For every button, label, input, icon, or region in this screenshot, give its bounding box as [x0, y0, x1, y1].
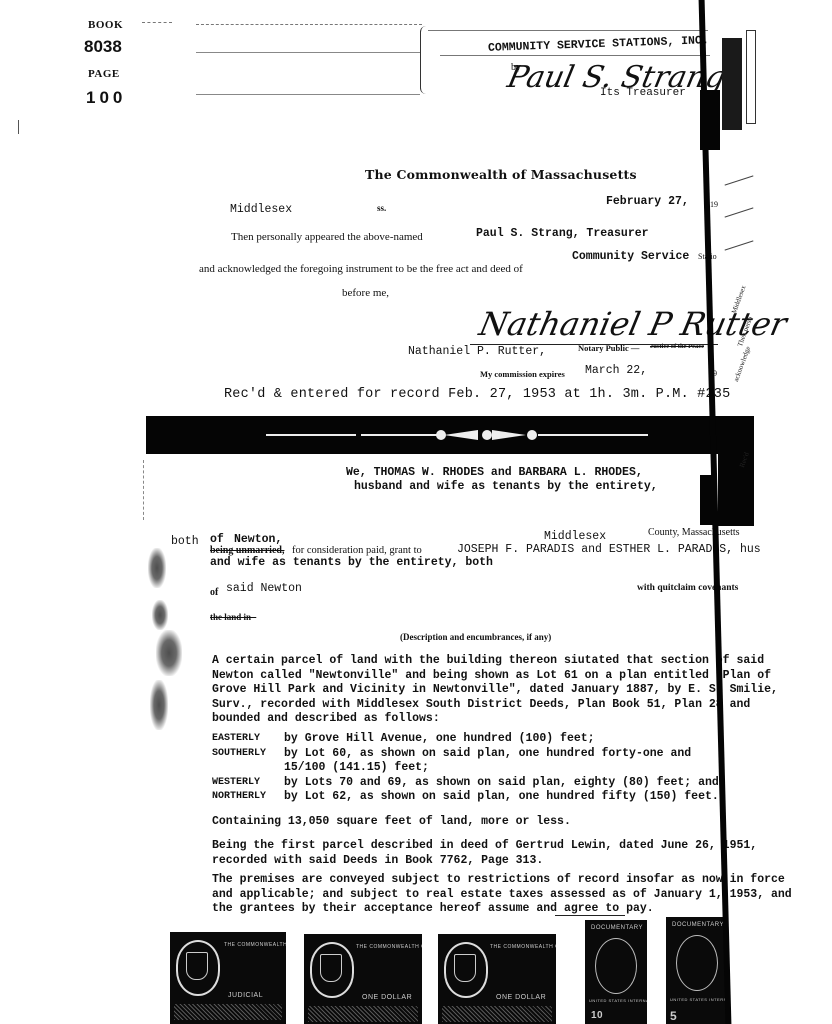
stamp-title: DOCUMENTARY: [591, 925, 643, 931]
county-label: County, Massachusetts: [648, 527, 740, 538]
bound-text: by Lot 62, as shown on said plan, one hu…: [284, 790, 719, 805]
margin-fragment: acknowledge: [732, 345, 752, 382]
ack-ss: ss.: [377, 203, 386, 213]
stamp-title: DOCUMENTARY: [672, 922, 724, 928]
stamp-value: 5: [670, 1009, 677, 1023]
ack-date: February 27,: [606, 195, 689, 208]
scan-smudge: [156, 630, 182, 676]
signer-title: Its Treasurer: [600, 87, 686, 99]
margin-tick: [143, 460, 145, 520]
page-edge-blot: [700, 90, 720, 150]
being-paragraph: Being the first parcel described in deed…: [212, 839, 757, 868]
ornament-line: [538, 434, 648, 436]
underline-mark: [555, 915, 625, 916]
stamp-hatch: [442, 1006, 552, 1022]
struck-land-in: the land in -: [210, 612, 256, 622]
ornament-line: [266, 434, 356, 436]
stamp-label: UNITED STATES INTERNAL REVENUE: [589, 998, 647, 1003]
bound-direction: NORTHERLY: [212, 790, 284, 805]
ornament-arrow-left: [444, 430, 478, 440]
company-name: COMMUNITY SERVICE STATIONS, INC.: [488, 34, 709, 55]
bound-direction: SOUTHERLY: [212, 747, 284, 762]
appeared-name: Paul S. Strang, Treasurer: [476, 227, 649, 240]
portrait-icon: [676, 935, 718, 991]
bound-direction: WESTERLY: [212, 776, 284, 791]
state-tax-stamp: THE COMMONWEALTH OF MASSACHUSETTS JUDICI…: [170, 932, 286, 1024]
bound-direction: [212, 761, 284, 776]
bound-direction: EASTERLY: [212, 732, 284, 747]
of-label-2: of: [210, 587, 218, 598]
stamp-hatch: [174, 1004, 282, 1020]
stamp-label: ONE DOLLAR: [496, 994, 546, 1001]
ornament-dot: [482, 430, 492, 440]
description-line: Newton called "Newtonville" and being sh…: [212, 669, 778, 684]
shield-icon: [186, 952, 208, 980]
margin-tick: [18, 120, 19, 134]
acknowledged-label: and acknowledged the foregoing instrumen…: [199, 263, 523, 275]
witness-line: [196, 94, 420, 95]
appeared-label: Then personally appeared the above-named: [231, 231, 423, 243]
stamp-title: THE COMMONWEALTH OF MASSACHUSETTS: [224, 942, 286, 948]
scan-artifact-line: [142, 22, 172, 23]
before-me: before me,: [342, 287, 389, 299]
deed-county: Middlesex: [544, 530, 606, 543]
being-line: Being the first parcel described in deed…: [212, 839, 757, 854]
adjacent-stamp-outline: [746, 30, 756, 124]
bound-row: SOUTHERLY by Lot 60, as shown on said pl…: [212, 747, 719, 762]
both-label: both: [171, 535, 199, 548]
signature-line: [440, 55, 710, 56]
bounds-table: EASTERLY by Grove Hill Avenue, one hundr…: [212, 732, 719, 805]
grantee-residence: said Newton: [226, 582, 302, 595]
covenant: with quitclaim covenants: [637, 583, 738, 593]
notary-title-struck: Justice of the Peace: [650, 343, 704, 350]
ornament-arrow-right: [492, 430, 526, 440]
witness-line: [196, 52, 420, 53]
page-number: 100: [86, 88, 126, 108]
brace: [420, 26, 427, 94]
ack-county: Middlesex: [230, 203, 292, 216]
book-number: 8038: [84, 37, 122, 57]
acknowledged-entity: Community Service: [572, 250, 689, 263]
page-edge-blot: [718, 416, 754, 526]
commonwealth-heading: The Commonwealth of Massachusetts: [365, 167, 637, 182]
stamp-label: JUDICIAL: [228, 992, 263, 999]
bound-row: EASTERLY by Grove Hill Avenue, one hundr…: [212, 732, 719, 747]
bound-row: WESTERLY by Lots 70 and 69, as shown on …: [212, 776, 719, 791]
shield-icon: [454, 954, 476, 982]
description-line: bounded and described as follows:: [212, 712, 778, 727]
state-tax-stamp: THE COMMONWEALTH OF MASSACHUSETTS ONE DO…: [304, 934, 422, 1024]
page-divider-band: [146, 416, 730, 454]
bound-row: NORTHERLY by Lot 62, as shown on said pl…: [212, 790, 719, 805]
bound-text: 15/100 (141.15) feet;: [284, 761, 429, 776]
struck-unmarried: being unmarried,: [210, 545, 284, 556]
book-label: BOOK: [88, 19, 123, 31]
adjacent-stamp: [722, 38, 742, 130]
consideration-text: for consideration paid, grant to: [292, 545, 422, 556]
bound-text: by Grove Hill Avenue, one hundred (100) …: [284, 732, 595, 747]
shield-icon: [320, 954, 342, 982]
scan-smudge: [150, 680, 168, 730]
premises-line: The premises are conveyed subject to res…: [212, 873, 792, 888]
stamp-title: THE COMMONWEALTH OF MASSACHUSETTS: [356, 944, 422, 950]
page-label: PAGE: [88, 68, 120, 80]
description-line: Surv., recorded with Middlesex South Dis…: [212, 698, 778, 713]
premises-line: the grantees by their acceptance hereof …: [212, 902, 792, 917]
stamp-label: ONE DOLLAR: [362, 994, 412, 1001]
stamp-hatch: [308, 1006, 418, 1022]
state-tax-stamp: THE COMMONWEALTH OF MASSACHUSETTS ONE DO…: [438, 934, 556, 1024]
page-edge-blot: [700, 475, 716, 525]
description-heading: (Description and encumbrances, if any): [400, 632, 551, 642]
portrait-icon: [595, 938, 637, 994]
notary-title: Notary Public —: [578, 343, 639, 353]
containing-area: Containing 13,050 square feet of land, m…: [212, 815, 571, 830]
scan-smudge: [152, 600, 168, 630]
bound-text: by Lots 70 and 69, as shown on said plan…: [284, 776, 719, 791]
ornament-line: [361, 434, 441, 436]
bound-text: by Lot 60, as shown on said plan, one hu…: [284, 747, 691, 762]
grantors-line-2: husband and wife as tenants by the entir…: [354, 480, 658, 495]
premises-line: and applicable; and subject to real esta…: [212, 888, 792, 903]
stamp-label: UNITED STATES INTERNAL REVENUE: [670, 997, 728, 1002]
commission-label: My commission expires: [480, 369, 565, 379]
description-paragraph: A certain parcel of land with the buildi…: [212, 654, 778, 727]
grantors-line-1: We, THOMAS W. RHODES and BARBARA L. RHOD…: [346, 466, 643, 481]
scan-smudge: [148, 548, 166, 588]
bound-row: 15/100 (141.15) feet;: [212, 761, 719, 776]
adjacent-line: [725, 240, 754, 250]
stamp-title: THE COMMONWEALTH OF MASSACHUSETTS: [490, 944, 556, 950]
federal-revenue-stamp: DOCUMENTARY UNITED STATES INTERNAL REVEN…: [585, 920, 647, 1024]
description-line: Grove Hill Park and Vicinity in Newtonvi…: [212, 683, 778, 698]
scan-artifact-line: [196, 24, 422, 25]
grantees-line-2: and wife as tenants by the entirety, bot…: [210, 556, 493, 571]
notary-name: Nathaniel P. Rutter,: [408, 345, 546, 358]
premises-paragraph: The premises are conveyed subject to res…: [212, 873, 792, 917]
ack-year-fragment: 19: [710, 200, 718, 209]
adjacent-line: [725, 175, 754, 185]
signature-line-top: [428, 30, 708, 31]
description-line: A certain parcel of land with the buildi…: [212, 654, 778, 669]
federal-revenue-stamp: DOCUMENTARY UNITED STATES INTERNAL REVEN…: [666, 917, 728, 1024]
commission-date: March 22,: [585, 364, 647, 377]
record-entry: Rec'd & entered for record Feb. 27, 1953…: [224, 387, 730, 402]
adjacent-line: [725, 207, 754, 217]
being-line: recorded with said Deeds in Book 7762, P…: [212, 854, 757, 869]
stamp-value: 10: [591, 1010, 603, 1021]
ornament-dot: [527, 430, 537, 440]
